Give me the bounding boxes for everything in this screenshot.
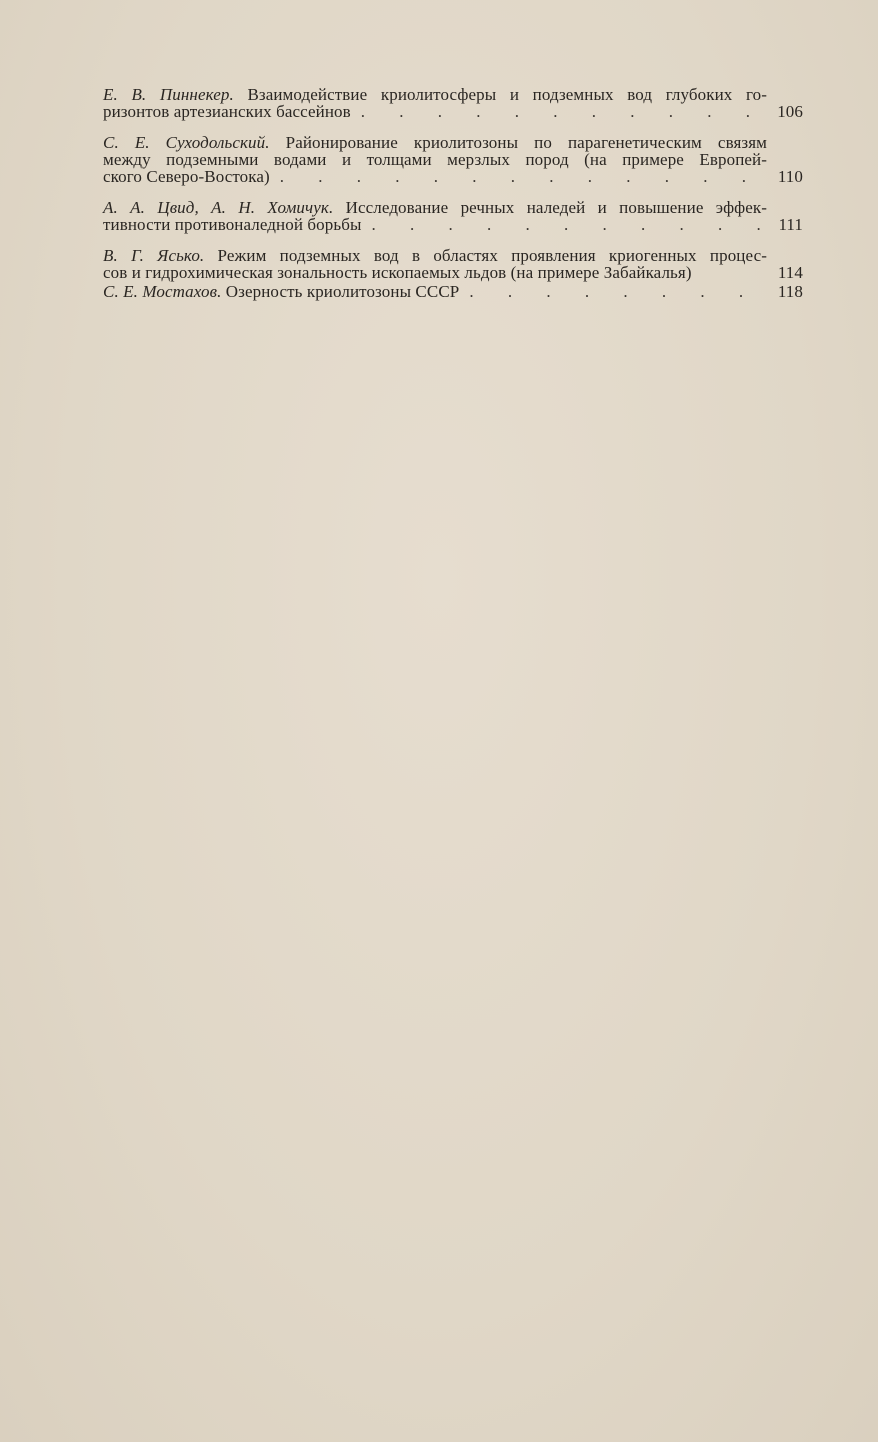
toc-title-continued: ского Северо-Востока) — [103, 168, 270, 185]
toc-entry: В. Г. Ясько. Режим подземных вод в облас… — [103, 247, 803, 281]
document-page: Е. В. Пиннекер. Взаимодействие криолитос… — [0, 0, 878, 1442]
table-of-contents: Е. В. Пиннекер. Взаимодействие криолитос… — [103, 86, 803, 300]
toc-page-number: 106 — [767, 103, 803, 120]
toc-entry: Е. В. Пиннекер. Взаимодействие криолитос… — [103, 86, 803, 120]
toc-entry-line: В. Г. Ясько. Режим подземных вод в облас… — [103, 247, 803, 264]
toc-page-number: 110 — [767, 168, 803, 185]
toc-leader-dots: . . . . . . . . . . . . . . . . . . . . … — [280, 168, 767, 185]
toc-title-continued: сов и гидрохимическая зональность ископа… — [103, 264, 692, 281]
toc-entry-last-line: ризонтов артезианских бассейнов . . . . … — [103, 103, 803, 120]
toc-author: С. Е. Мостахов. — [103, 282, 221, 301]
toc-entry: С. Е. Мостахов. Озерность криолитозоны С… — [103, 283, 803, 300]
toc-entry-last-line: тивности противоналедной борьбы . . . . … — [103, 216, 803, 233]
toc-title: Озерность криолитозоны СССР — [226, 282, 460, 301]
toc-title-continued: тивности противоналедной борьбы — [103, 216, 361, 233]
toc-entry-last-line: С. Е. Мостахов. Озерность криолитозоны С… — [103, 283, 803, 300]
toc-title: Исследование речных наледей и повышение … — [346, 198, 767, 217]
toc-entry-line: С. Е. Суходольский. Районирование криоли… — [103, 134, 803, 151]
toc-title-continued: С. Е. Мостахов. Озерность криолитозоны С… — [103, 283, 459, 300]
toc-page-number: 114 — [767, 264, 803, 281]
toc-entry-line: А. А. Цвид, А. Н. Хомичук. Исследование … — [103, 199, 803, 216]
toc-entry-last-line: ского Северо-Востока) . . . . . . . . . … — [103, 168, 803, 185]
toc-entry-last-line: сов и гидрохимическая зональность ископа… — [103, 264, 803, 281]
toc-page-number: 111 — [767, 216, 803, 233]
toc-entry: С. Е. Суходольский. Районирование криоли… — [103, 134, 803, 185]
toc-leader-dots: . . . . . . . . . . . . . . . . . . . . … — [361, 103, 767, 120]
toc-leader-dots: . . . . . . . . . . . . . . . . . . . . … — [469, 283, 767, 300]
toc-entry: А. А. Цвид, А. Н. Хомичук. Исследование … — [103, 199, 803, 233]
toc-title-continued: ризонтов артезианских бассейнов — [103, 103, 351, 120]
toc-leader-dots: . . . . . . . . . . . . . . . . . . . . … — [371, 216, 767, 233]
toc-page-number: 118 — [767, 283, 803, 300]
toc-entry-line: между подземными водами и толщами мерзлы… — [103, 151, 803, 168]
toc-entry-line: Е. В. Пиннекер. Взаимодействие криолитос… — [103, 86, 803, 103]
